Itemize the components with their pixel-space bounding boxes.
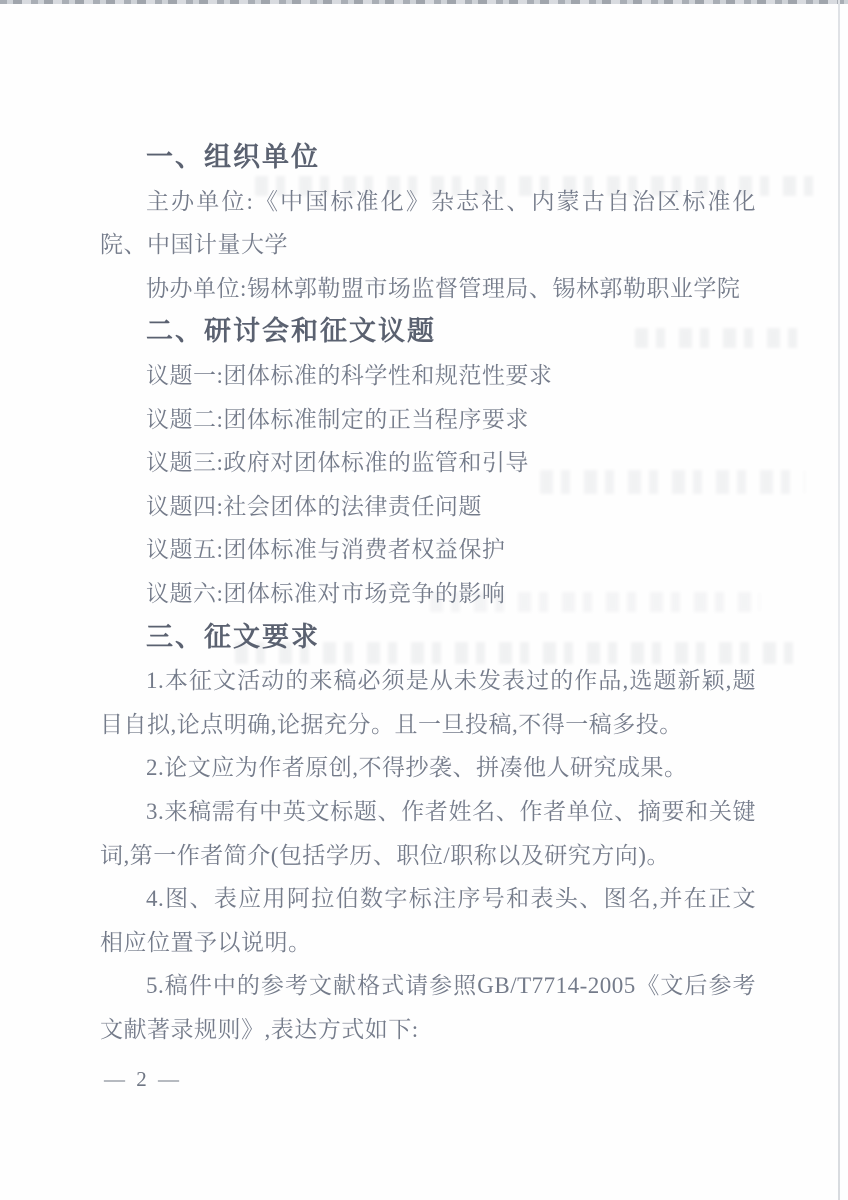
paragraph-topic-5: 议题五:团体标准与消费者权益保护 [100,528,756,572]
paragraph-requirement-5: 5.稿件中的参考文献格式请参照GB/T7714-2005《文后参考文献著录规则》… [100,964,756,1051]
paragraph-requirement-4: 4.图、表应用阿拉伯数字标注序号和表头、图名,并在正文相应位置予以说明。 [100,877,756,964]
paragraph-topic-4: 议题四:社会团体的法律责任问题 [100,485,756,529]
section-heading-submission-requirements: 三、征文要求 [100,616,756,660]
document-body: 一、组织单位 主办单位:《中国标准化》杂志社、内蒙古自治区标准化院、中国计量大学… [100,136,756,1051]
paragraph-requirement-1: 1.本征文活动的来稿必须是从未发表过的作品,选题新颖,题目自拟,论点明确,论据充… [100,659,756,746]
scan-top-edge-artifact [0,0,848,4]
scan-right-edge-artifact [838,0,840,1200]
paragraph-co-organizer-units: 协办单位:锡林郭勒盟市场监督管理局、锡林郭勒职业学院 [100,267,756,311]
scanned-document-page: 一、组织单位 主办单位:《中国标准化》杂志社、内蒙古自治区标准化院、中国计量大学… [0,0,848,1200]
paragraph-topic-6: 议题六:团体标准对市场竞争的影响 [100,572,756,616]
paragraph-host-units: 主办单位:《中国标准化》杂志社、内蒙古自治区标准化院、中国计量大学 [100,180,756,267]
paragraph-topic-1: 议题一:团体标准的科学性和规范性要求 [100,354,756,398]
paragraph-topic-3: 议题三:政府对团体标准的监管和引导 [100,441,756,485]
section-heading-organizing-units: 一、组织单位 [100,136,756,180]
paragraph-topic-2: 议题二:团体标准制定的正当程序要求 [100,398,756,442]
page-number: — 2 — [104,1064,182,1094]
section-heading-seminar-topics: 二、研讨会和征文议题 [100,310,756,354]
paragraph-requirement-2: 2.论文应为作者原创,不得抄袭、拼凑他人研究成果。 [100,746,756,790]
paragraph-requirement-3: 3.来稿需有中英文标题、作者姓名、作者单位、摘要和关键词,第一作者简介(包括学历… [100,790,756,877]
